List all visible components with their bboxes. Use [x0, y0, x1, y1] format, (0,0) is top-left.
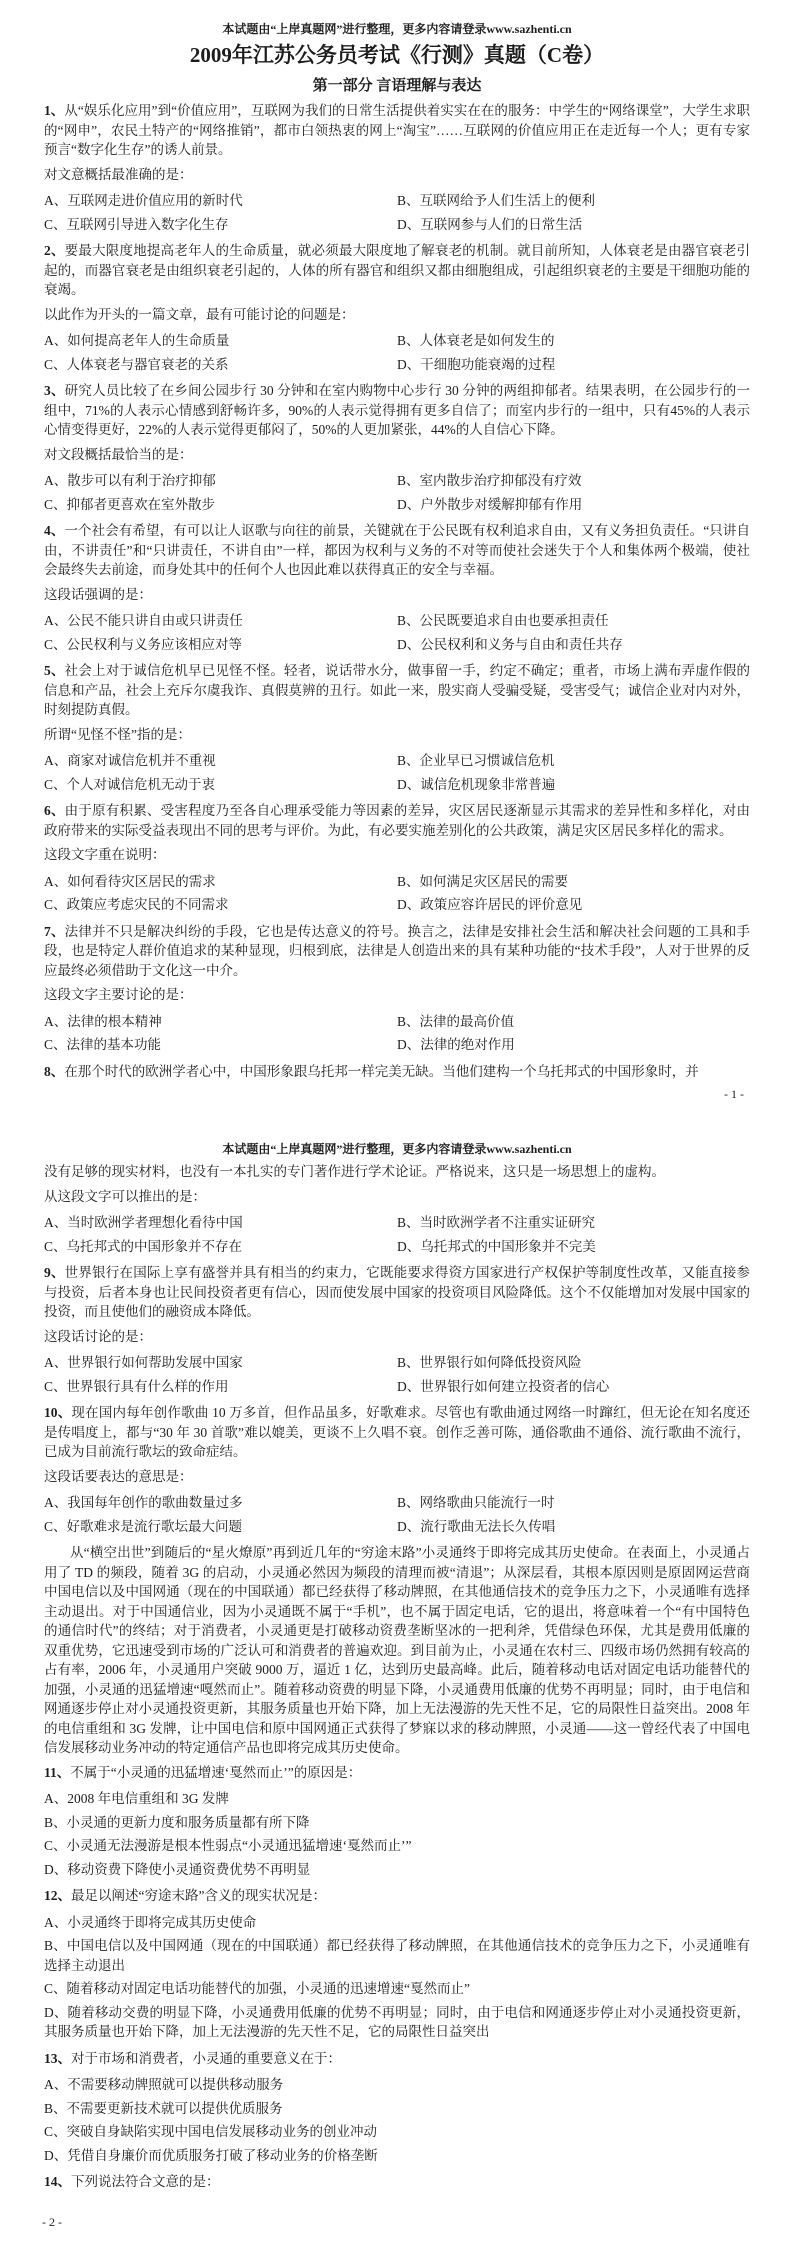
question-stem: 从这段文字可以推出的是： — [44, 1187, 750, 1207]
body-text: 从“横空出世”到随后的“星火燎原”再到近几年的“穷途末路”小灵通终于即将完成其历… — [44, 1545, 750, 1755]
paragraph: 没有足够的现实材料，也没有一本扎实的专门著作进行学术论证。严格说来，这只是一场思… — [44, 1162, 750, 1182]
option-item: B、企业早已习惯诚信危机 — [397, 749, 750, 773]
option-item: A、小灵通终于即将完成其历史使命 — [44, 1911, 750, 1935]
options-group: A、如何看待灾区居民的需求B、如何满足灾区居民的需要C、政策应考虑灾民的不同需求… — [44, 870, 750, 917]
option-item: D、户外散步对缓解抑郁有作用 — [397, 493, 750, 517]
option-item: B、法律的最高价值 — [397, 1010, 750, 1034]
options-group: A、2008 年电信重组和 3G 发牌B、小灵通的更新力度和服务质量都有所下降C… — [44, 1787, 750, 1881]
option-item: C、互联网引导进入数字化生存 — [44, 213, 397, 237]
question-stem: 这段话要表达的意思是： — [44, 1467, 750, 1487]
body-text: 法律并不只是解决纠纷的手段，它也是传达意义的符号。换言之，法律是安排社会生活和解… — [44, 924, 750, 978]
question-paragraph: 9、世界银行在国际上享有盛誉并具有相当的约束力，它既能要求得资方国家进行产权保护… — [44, 1263, 750, 1322]
option-item: D、法律的绝对作用 — [397, 1033, 750, 1057]
question-stem: 这段文字主要讨论的是： — [44, 985, 750, 1005]
question-paragraph: 1、从“娱乐化应用”到“价值应用”，互联网为我们的日常生活提供着实实在在的服务：… — [44, 101, 750, 160]
question-paragraph: 6、由于原有积累、受害程度乃至各自心理承受能力等因素的差异，灾区居民逐渐显示其需… — [44, 801, 750, 840]
page-2: 本试题由“上岸真题网”进行整理，更多内容请登录www.sazhenti.cn 没… — [0, 1120, 794, 2244]
option-item: B、互联网给予人们生活上的便利 — [397, 189, 750, 213]
option-item: C、政策应考虑灾民的不同需求 — [44, 893, 397, 917]
page-1: 本试题由“上岸真题网”进行整理，更多内容请登录www.sazhenti.cn 2… — [0, 0, 794, 1120]
exam-title: 2009年江苏公务员考试《行测》真题（C卷） — [44, 42, 750, 68]
option-item: D、世界银行如何建立投资者的信心 — [397, 1375, 750, 1399]
option-item: B、世界银行如何降低投资风险 — [397, 1351, 750, 1375]
question-paragraph: 11、不属于“小灵通的迅猛增速‘戛然而止’”的原因是： — [44, 1763, 750, 1783]
question-number: 11、 — [44, 1765, 70, 1780]
question-stem: 以此作为开头的一篇文章，最有可能讨论的问题是： — [44, 305, 750, 325]
body-text: 没有足够的现实材料，也没有一本扎实的专门著作进行学术论证。严格说来，这只是一场思… — [44, 1164, 665, 1179]
body-text: 这段话强调的是： — [44, 587, 152, 602]
options-group: A、当时欧洲学者理想化看待中国B、当时欧洲学者不注重实证研究C、乌托邦式的中国形… — [44, 1211, 750, 1258]
page-2-content: 没有足够的现实材料，也没有一本扎实的专门著作进行学术论证。严格说来，这只是一场思… — [0, 1162, 794, 2192]
option-item: A、散步可以有利于治疗抑郁 — [44, 469, 397, 493]
options-group: A、不需要移动牌照就可以提供移动服务B、不需要更新技术就可以提供优质服务C、突破… — [44, 2073, 750, 2167]
options-group: A、互联网走进价值应用的新时代B、互联网给予人们生活上的便利C、互联网引导进入数… — [44, 189, 750, 236]
options-group: A、公民不能只讲自由或只讲责任B、公民既要追求自由也要承担责任C、公民权利与义务… — [44, 609, 750, 656]
body-text: 在那个时代的欧洲学者心中，中国形象跟乌托邦一样完美无缺。当他们建构一个乌托邦式的… — [64, 1064, 699, 1079]
option-item: A、法律的根本精神 — [44, 1010, 397, 1034]
body-text: 对于市场和消费者，小灵通的重要意义在于： — [71, 2051, 341, 2066]
question-number: 5、 — [44, 663, 65, 678]
option-item: B、不需要更新技术就可以提供优质服务 — [44, 2097, 750, 2121]
option-item: D、流行歌曲无法长久传唱 — [397, 1515, 750, 1539]
option-item: C、随着移动对固定电话功能替代的加强，小灵通的迅速增速“戛然而止” — [44, 1977, 750, 2001]
question-paragraph: 3、研究人员比较了在乡间公园步行 30 分钟和在室内购物中心步行 30 分钟的两… — [44, 381, 750, 440]
option-item: C、个人对诚信危机无动于衷 — [44, 773, 397, 797]
option-item: B、室内散步治疗抑郁没有疗效 — [397, 469, 750, 493]
option-item: B、人体衰老是如何发生的 — [397, 329, 750, 353]
page-number: - 2 - — [42, 2215, 62, 2230]
option-item: A、如何看待灾区居民的需求 — [44, 870, 397, 894]
question-stem: 对文段概括最恰当的是： — [44, 445, 750, 465]
question-stem: 这段话强调的是： — [44, 585, 750, 605]
body-text: 以此作为开头的一篇文章，最有可能讨论的问题是： — [44, 307, 355, 322]
options-group: A、我国每年创作的歌曲数量过多B、网络歌曲只能流行一时C、好歌难求是流行歌坛最大… — [44, 1491, 750, 1538]
question-number: 10、 — [44, 1405, 71, 1420]
options-group: A、如何提高老年人的生命质量B、人体衰老是如何发生的C、人体衰老与器官衰老的关系… — [44, 329, 750, 376]
question-paragraph: 7、法律并不只是解决纠纷的手段，它也是传达意义的符号。换言之，法律是安排社会生活… — [44, 922, 750, 981]
source-note: 本试题由“上岸真题网”进行整理，更多内容请登录www.sazhenti.cn — [44, 22, 750, 37]
option-item: D、政策应容许居民的评价意见 — [397, 893, 750, 917]
body-text: 这段话要表达的意思是： — [44, 1469, 193, 1484]
options-group: A、世界银行如何帮助发展中国家B、世界银行如何降低投资风险C、世界银行具有什么样… — [44, 1351, 750, 1398]
body-text: 从这段文字可以推出的是： — [44, 1189, 206, 1204]
body-text: 这段话讨论的是： — [44, 1329, 152, 1344]
question-number: 13、 — [44, 2051, 71, 2066]
body-text: 研究人员比较了在乡间公园步行 30 分钟和在室内购物中心步行 30 分钟的两组抑… — [44, 383, 750, 437]
option-item: C、公民权利与义务应该相应对等 — [44, 633, 397, 657]
option-item: B、当时欧洲学者不注重实证研究 — [397, 1211, 750, 1235]
body-text: 下列说法符合文意的是： — [71, 2174, 220, 2189]
body-text: 从“娱乐化应用”到“价值应用”，互联网为我们的日常生活提供着实实在在的服务：中学… — [44, 103, 750, 157]
option-item: A、当时欧洲学者理想化看待中国 — [44, 1211, 397, 1235]
question-number: 6、 — [44, 803, 65, 818]
question-number: 4、 — [44, 523, 64, 538]
question-number: 9、 — [44, 1265, 65, 1280]
option-item: D、互联网参与人们的日常生活 — [397, 213, 750, 237]
options-group: A、小灵通终于即将完成其历史使命B、中国电信以及中国网通（现在的中国联通）都已经… — [44, 1911, 750, 2044]
option-item: C、突破自身缺陷实现中国电信发展移动业务的创业冲动 — [44, 2120, 750, 2144]
body-text: 最足以阐述“穷途末路”含义的现实状况是： — [71, 1888, 326, 1903]
options-group: A、商家对诚信危机并不重视B、企业早已习惯诚信危机C、个人对诚信危机无动于衷D、… — [44, 749, 750, 796]
question-number: 12、 — [44, 1888, 71, 1903]
question-paragraph: 5、社会上对于诚信危机早已见怪不怪。轻者，说话带水分，做事留一手，约定不确定；重… — [44, 661, 750, 720]
body-text: 对文段概括最恰当的是： — [44, 447, 193, 462]
option-item: C、小灵通无法漫游是根本性弱点“小灵通迅猛增速‘戛然而止’” — [44, 1834, 750, 1858]
option-item: C、好歌难求是流行歌坛最大问题 — [44, 1515, 397, 1539]
option-item: C、乌托邦式的中国形象并不存在 — [44, 1235, 397, 1259]
option-item: C、人体衰老与器官衰老的关系 — [44, 353, 397, 377]
option-item: D、移动资费下降使小灵通资费优势不再明显 — [44, 1858, 750, 1882]
options-group: A、法律的根本精神B、法律的最高价值C、法律的基本功能D、法律的绝对作用 — [44, 1010, 750, 1057]
question-number: 8、 — [44, 1064, 64, 1079]
body-text: 世界银行在国际上享有盛誉并具有相当的约束力，它既能要求得资方国家进行产权保护等制… — [44, 1265, 750, 1319]
body-text: 不属于“小灵通的迅猛增速‘戛然而止’”的原因是： — [70, 1765, 361, 1780]
option-item: D、干细胞功能衰竭的过程 — [397, 353, 750, 377]
question-paragraph: 10、现在国内每年创作歌曲 10 万多首，但作品虽多，好歌难求。尽管也有歌曲通过… — [44, 1403, 750, 1462]
reading-passage: 从“横空出世”到随后的“星火燎原”再到近几年的“穷途末路”小灵通终于即将完成其历… — [44, 1543, 750, 1758]
question-stem: 对文意概括最准确的是： — [44, 165, 750, 185]
question-stem: 这段文字重在说明： — [44, 845, 750, 865]
question-number: 3、 — [44, 383, 65, 398]
option-item: A、互联网走进价值应用的新时代 — [44, 189, 397, 213]
option-item: A、世界银行如何帮助发展中国家 — [44, 1351, 397, 1375]
option-item: A、商家对诚信危机并不重视 — [44, 749, 397, 773]
option-item: A、不需要移动牌照就可以提供移动服务 — [44, 2073, 750, 2097]
option-item: A、我国每年创作的歌曲数量过多 — [44, 1491, 397, 1515]
question-paragraph: 14、下列说法符合文意的是： — [44, 2172, 750, 2192]
option-item: C、世界银行具有什么样的作用 — [44, 1375, 397, 1399]
body-text: 所谓“见怪不怪”指的是： — [44, 727, 191, 742]
question-paragraph: 4、一个社会有希望，有可以让人讴歌与向往的前景，关键就在于公民既有权利追求自由，… — [44, 521, 750, 580]
question-stem: 所谓“见怪不怪”指的是： — [44, 725, 750, 745]
question-stem: 这段话讨论的是： — [44, 1327, 750, 1347]
body-text: 现在国内每年创作歌曲 10 万多首，但作品虽多，好歌难求。尽管也有歌曲通过网络一… — [44, 1405, 750, 1459]
option-item: A、2008 年电信重组和 3G 发牌 — [44, 1787, 750, 1811]
body-text: 由于原有积累、受害程度乃至各自心理承受能力等因素的差异，灾区居民逐渐显示其需求的… — [44, 803, 750, 838]
option-item: D、诚信危机现象非常普遍 — [397, 773, 750, 797]
body-text: 要最大限度地提高老年人的生命质量，就必须最大限度地了解衰老的机制。就目前所知，人… — [44, 243, 750, 297]
option-item: C、法律的基本功能 — [44, 1033, 397, 1057]
option-item: D、凭借自身廉价而优质服务打破了移动业务的价格垄断 — [44, 2144, 750, 2168]
page-1-content: 1、从“娱乐化应用”到“价值应用”，互联网为我们的日常生活提供着实实在在的服务：… — [0, 101, 794, 1081]
option-item: C、抑郁者更喜欢在室外散步 — [44, 493, 397, 517]
question-number: 7、 — [44, 924, 65, 939]
option-item: A、如何提高老年人的生命质量 — [44, 329, 397, 353]
page-number: - 1 - — [724, 1087, 744, 1102]
question-paragraph: 12、最足以阐述“穷途末路”含义的现实状况是： — [44, 1886, 750, 1906]
option-item: B、小灵通的更新力度和服务质量都有所下降 — [44, 1811, 750, 1835]
option-item: D、乌托邦式的中国形象并不完美 — [397, 1235, 750, 1259]
body-text: 社会上对于诚信危机早已见怪不怪。轻者，说话带水分，做事留一手，约定不确定；重者，… — [44, 663, 750, 717]
section-heading: 第一部分 言语理解与表达 — [44, 77, 750, 96]
body-text: 这段文字重在说明： — [44, 847, 166, 862]
source-note: 本试题由“上岸真题网”进行整理，更多内容请登录www.sazhenti.cn — [44, 1142, 750, 1157]
body-text: 对文意概括最准确的是： — [44, 167, 193, 182]
option-item: B、中国电信以及中国网通（现在的中国联通）都已经获得了移动牌照，在其他通信技术的… — [44, 1934, 750, 1977]
body-text: 这段文字主要讨论的是： — [44, 987, 193, 1002]
body-text: 一个社会有希望，有可以让人讴歌与向往的前景，关键就在于公民既有权利追求自由，又有… — [44, 523, 750, 577]
question-number: 1、 — [44, 103, 64, 118]
option-item: B、公民既要追求自由也要承担责任 — [397, 609, 750, 633]
question-paragraph: 13、对于市场和消费者，小灵通的重要意义在于： — [44, 2049, 750, 2069]
question-paragraph: 8、在那个时代的欧洲学者心中，中国形象跟乌托邦一样完美无缺。当他们建构一个乌托邦… — [44, 1062, 750, 1082]
option-item: B、网络歌曲只能流行一时 — [397, 1491, 750, 1515]
options-group: A、散步可以有利于治疗抑郁B、室内散步治疗抑郁没有疗效C、抑郁者更喜欢在室外散步… — [44, 469, 750, 516]
option-item: A、公民不能只讲自由或只讲责任 — [44, 609, 397, 633]
option-item: D、随着移动交费的明显下降，小灵通费用低廉的优势不再明显；同时，由于电信和网通逐… — [44, 2001, 750, 2044]
option-item: B、如何满足灾区居民的需要 — [397, 870, 750, 894]
question-paragraph: 2、要最大限度地提高老年人的生命质量，就必须最大限度地了解衰老的机制。就目前所知… — [44, 241, 750, 300]
option-item: D、公民权利和义务与自由和责任共存 — [397, 633, 750, 657]
question-number: 2、 — [44, 243, 65, 258]
question-number: 14、 — [44, 2174, 71, 2189]
